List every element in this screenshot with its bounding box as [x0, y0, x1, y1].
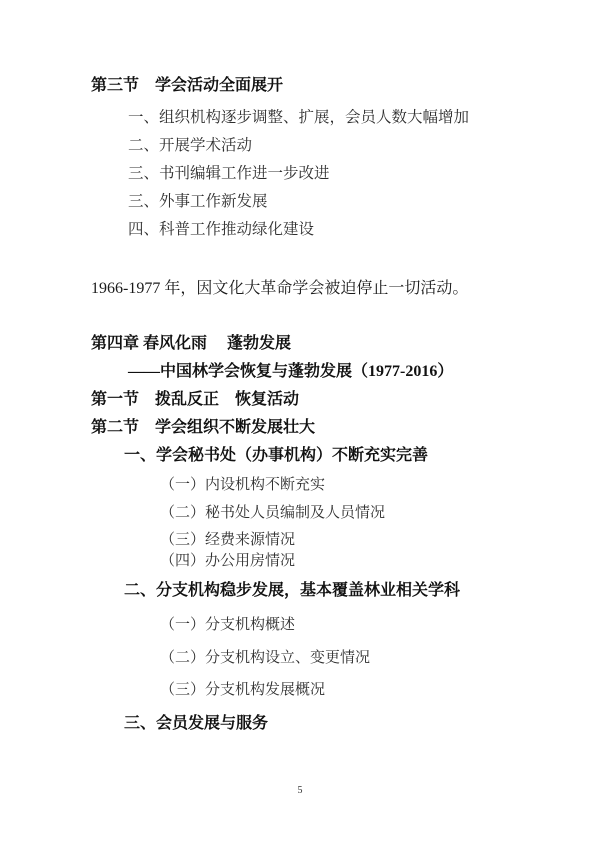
section3-item-1: 一、组织机构逐步调整、扩展，会员人数大幅增加 [128, 109, 469, 126]
section3-item-4: 三、外事工作新发展 [128, 193, 268, 210]
cultural-revolution-note: 1966-1977 年，因文化大革命学会被迫停止一切活动。 [91, 280, 468, 297]
section2-item-1-sub-2: （二）秘书处人员编制及人员情况 [160, 505, 385, 522]
section2-item-1-sub-3: （三）经费来源情况 [160, 532, 295, 549]
section3-item-2: 二、开展学术活动 [128, 137, 252, 154]
page-number: 5 [0, 785, 600, 796]
section2-item-1: 一、学会秘书处（办事机构）不断充实完善 [124, 447, 428, 464]
chapter4-section1-heading: 第一节 拨乱反正 恢复活动 [91, 391, 299, 408]
section3-item-5: 四、科普工作推动绿化建设 [128, 221, 314, 238]
section2-item-1-sub-4: （四）办公用房情况 [160, 553, 295, 570]
section2-item-2: 二、分支机构稳步发展，基本覆盖林业相关学科 [124, 582, 460, 599]
chapter4-subtitle: ——中国林学会恢复与蓬勃发展（1977-2016） [128, 363, 453, 380]
section3-item-3: 三、书刊编辑工作进一步改进 [128, 165, 330, 182]
section3-heading: 第三节 学会活动全面展开 [91, 77, 283, 94]
section2-item-2-sub-3: （三）分支机构发展概况 [160, 682, 325, 699]
section2-item-3: 三、会员发展与服务 [124, 715, 268, 732]
section2-item-2-sub-2: （二）分支机构设立、变更情况 [160, 650, 370, 667]
document-page: 第三节 学会活动全面展开 一、组织机构逐步调整、扩展，会员人数大幅增加 二、开展… [0, 0, 600, 848]
section2-item-1-sub-1: （一）内设机构不断充实 [160, 477, 325, 494]
section2-item-2-sub-1: （一）分支机构概述 [160, 617, 295, 634]
chapter4-section2-heading: 第二节 学会组织不断发展壮大 [91, 419, 315, 436]
chapter4-heading: 第四章 春风化雨 蓬勃发展 [91, 335, 291, 352]
